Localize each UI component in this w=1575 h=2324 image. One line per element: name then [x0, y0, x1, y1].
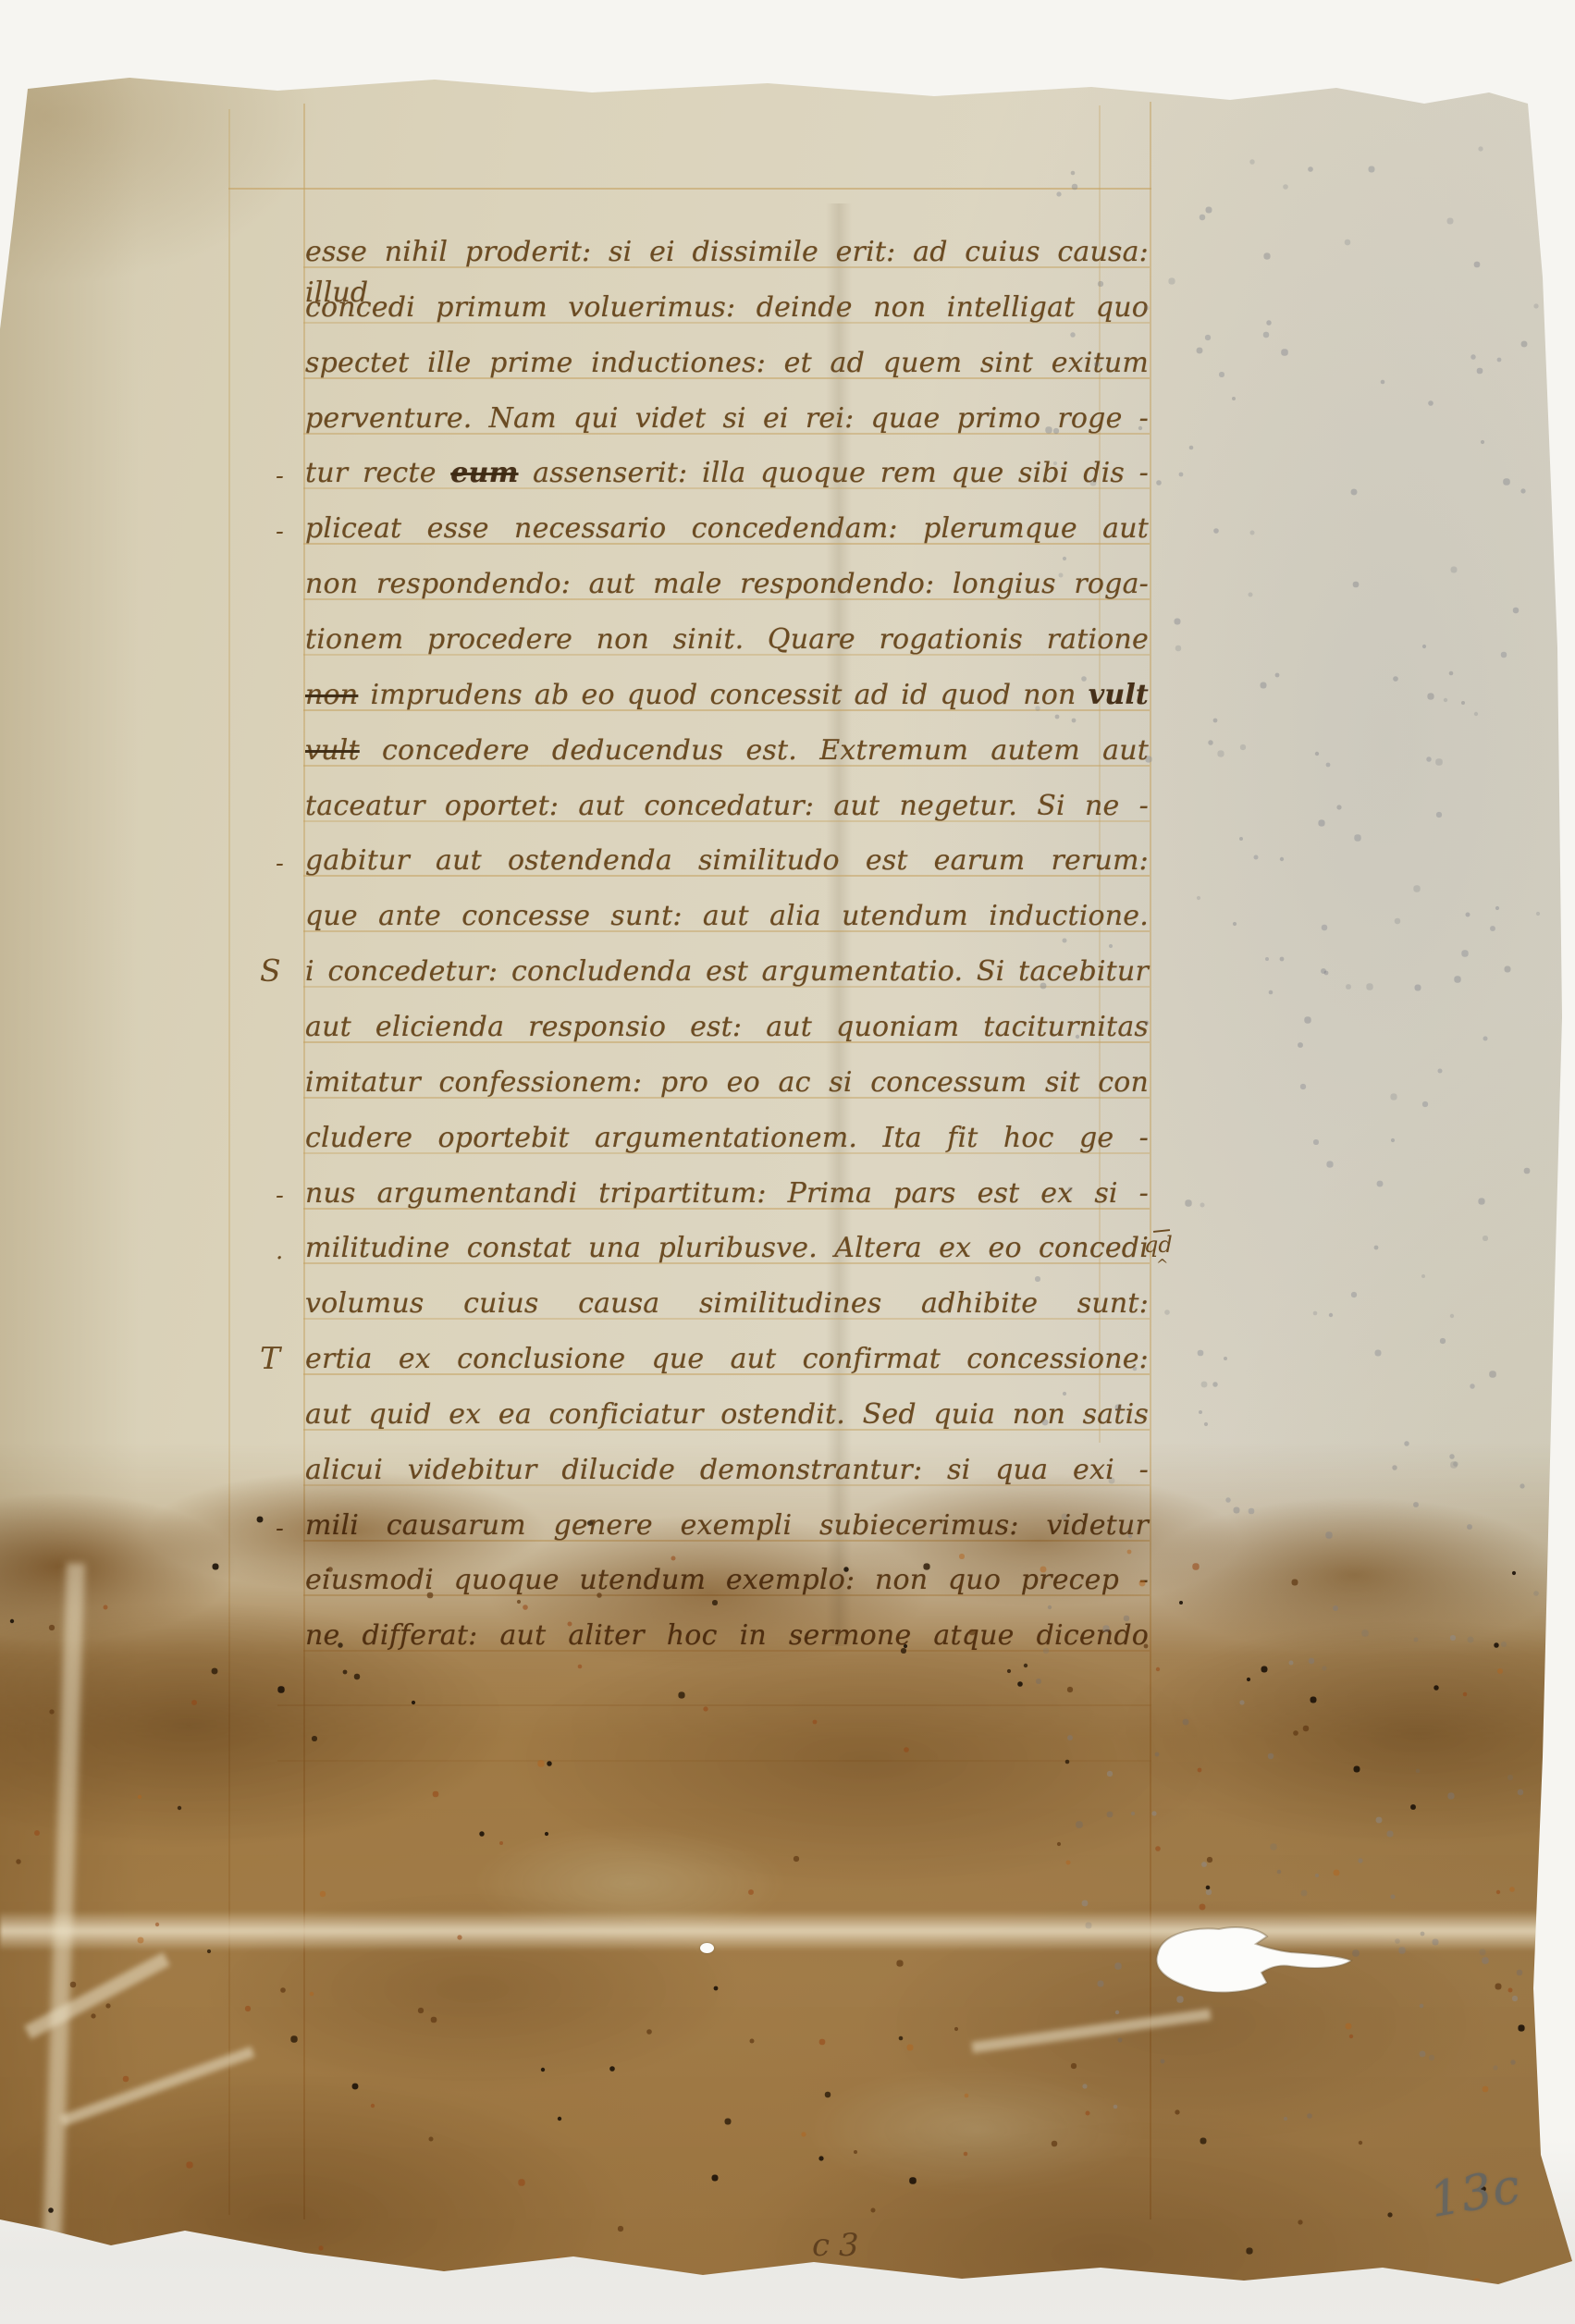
stain-overlay: [0, 1443, 1575, 2324]
initial-letter: T: [260, 1338, 301, 1379]
text-segment: concedere deducendus est. Extremum autem…: [382, 734, 1149, 767]
text-line: aut elicienda responsio est: aut quoniam…: [305, 1007, 1149, 1050]
text-line: aut quid ex ea conficiatur ostendit. Sed…: [305, 1395, 1149, 1437]
margin-mark: -: [276, 1175, 300, 1216]
quire-signature: c3: [812, 2227, 868, 2264]
margin-mark: -: [276, 843, 300, 884]
text-segment: vult: [305, 734, 360, 767]
margin-note: qd ^: [1144, 1234, 1173, 1256]
margin-mark: .: [276, 1231, 300, 1272]
text-segment: eum: [450, 457, 518, 489]
text-segment: concedi primum voluerimus: deinde non in…: [305, 291, 1149, 324]
text-segment: aut elicienda responsio est: aut quoniam…: [305, 1011, 1149, 1043]
text-segment: assenserit: illa quoque rem que sibi dis…: [533, 457, 1149, 489]
text-line: esse nihil proderit: si ei dissimile eri…: [305, 232, 1149, 275]
margin-mark: -: [276, 456, 300, 497]
text-line: concedi primum voluerimus: deinde non in…: [305, 288, 1149, 330]
text-segment: aut quid ex ea conficiatur ostendit. Sed…: [305, 1398, 1149, 1431]
text-line: cludere oportebit argumentationem. Ita f…: [305, 1118, 1149, 1161]
text-segment: que ante concesse sunt: aut alia utendum…: [305, 900, 1149, 932]
text-line: nus argumentandi tripartitum: Prima pars…: [305, 1174, 1149, 1216]
text-line: pliceat esse necessario concedendam: ple…: [305, 509, 1149, 551]
dirt-speckles: [0, 0, 2, 2]
small-hole: [700, 1943, 714, 1953]
initial-letter: S: [260, 951, 301, 991]
text-line: que ante concesse sunt: aut alia utendum…: [305, 896, 1149, 939]
text-line: i concedetur: concludenda est argumentat…: [305, 952, 1149, 994]
text-line: militudine constat una pluribusve. Alter…: [305, 1228, 1149, 1271]
text-line: tur recte eum assenserit: illa quoque re…: [305, 453, 1149, 496]
text-segment: tionem procedere non sinit. Quare rogati…: [305, 623, 1149, 656]
text-segment: perventure. Nam qui videt si ei rei: qua…: [305, 402, 1149, 435]
text-segment: gabitur aut ostendenda similitudo est ea…: [305, 844, 1149, 877]
manuscript-photo: esse nihil proderit: si ei dissimile eri…: [0, 0, 1575, 2324]
text-line: imitatur confessionem: pro eo ac si conc…: [305, 1063, 1149, 1105]
text-line: taceatur oportet: aut concedatur: aut ne…: [305, 786, 1149, 829]
follicle-speckles: [0, 0, 2, 2]
text-line: ertia ex conclusione que aut confirmat c…: [305, 1339, 1149, 1382]
text-line: volumus cuius causa similitudines adhibi…: [305, 1284, 1149, 1326]
text-segment: imprudens ab eo quod concessit ad id quo…: [370, 679, 1076, 711]
text-segment: pliceat esse necessario concedendam: ple…: [305, 512, 1149, 545]
text-segment: spectet ille prime inductiones: et ad qu…: [305, 347, 1149, 379]
text-segment: non respondendo: aut male respondendo: l…: [305, 568, 1149, 600]
text-line: tionem procedere non sinit. Quare rogati…: [305, 620, 1149, 662]
text-line: vult concedere deducendus est. Extremum …: [305, 731, 1149, 773]
text-line: non imprudens ab eo quod concessit ad id…: [305, 675, 1149, 718]
text-line: non respondendo: aut male respondendo: l…: [305, 564, 1149, 607]
text-segment: non: [305, 679, 358, 711]
text-segment: volumus cuius causa similitudines adhibi…: [305, 1287, 1149, 1320]
text-segment: ertia ex conclusione que aut confirmat c…: [305, 1343, 1149, 1375]
text-segment: nus argumentandi tripartitum: Prima pars…: [305, 1177, 1149, 1210]
text-line: gabitur aut ostendenda similitudo est ea…: [305, 841, 1149, 883]
text-line: spectet ille prime inductiones: et ad qu…: [305, 343, 1149, 386]
text-segment: tur recte: [305, 457, 437, 489]
insertion-caret-icon: ^: [1156, 1254, 1168, 1276]
text-segment: militudine constat una pluribusve. Alter…: [305, 1232, 1149, 1264]
parchment-hole: [1147, 1922, 1369, 2005]
text-segment: i concedetur: concludenda est argumentat…: [305, 955, 1149, 988]
text-line: perventure. Nam qui videt si ei rei: qua…: [305, 399, 1149, 441]
margin-mark: -: [276, 511, 300, 552]
text-segment: imitatur confessionem: pro eo ac si conc…: [305, 1066, 1149, 1099]
text-segment: taceatur oportet: aut concedatur: aut ne…: [305, 790, 1149, 822]
text-segment: vult: [1089, 679, 1149, 711]
text-segment: cludere oportebit argumentationem. Ita f…: [305, 1122, 1149, 1154]
